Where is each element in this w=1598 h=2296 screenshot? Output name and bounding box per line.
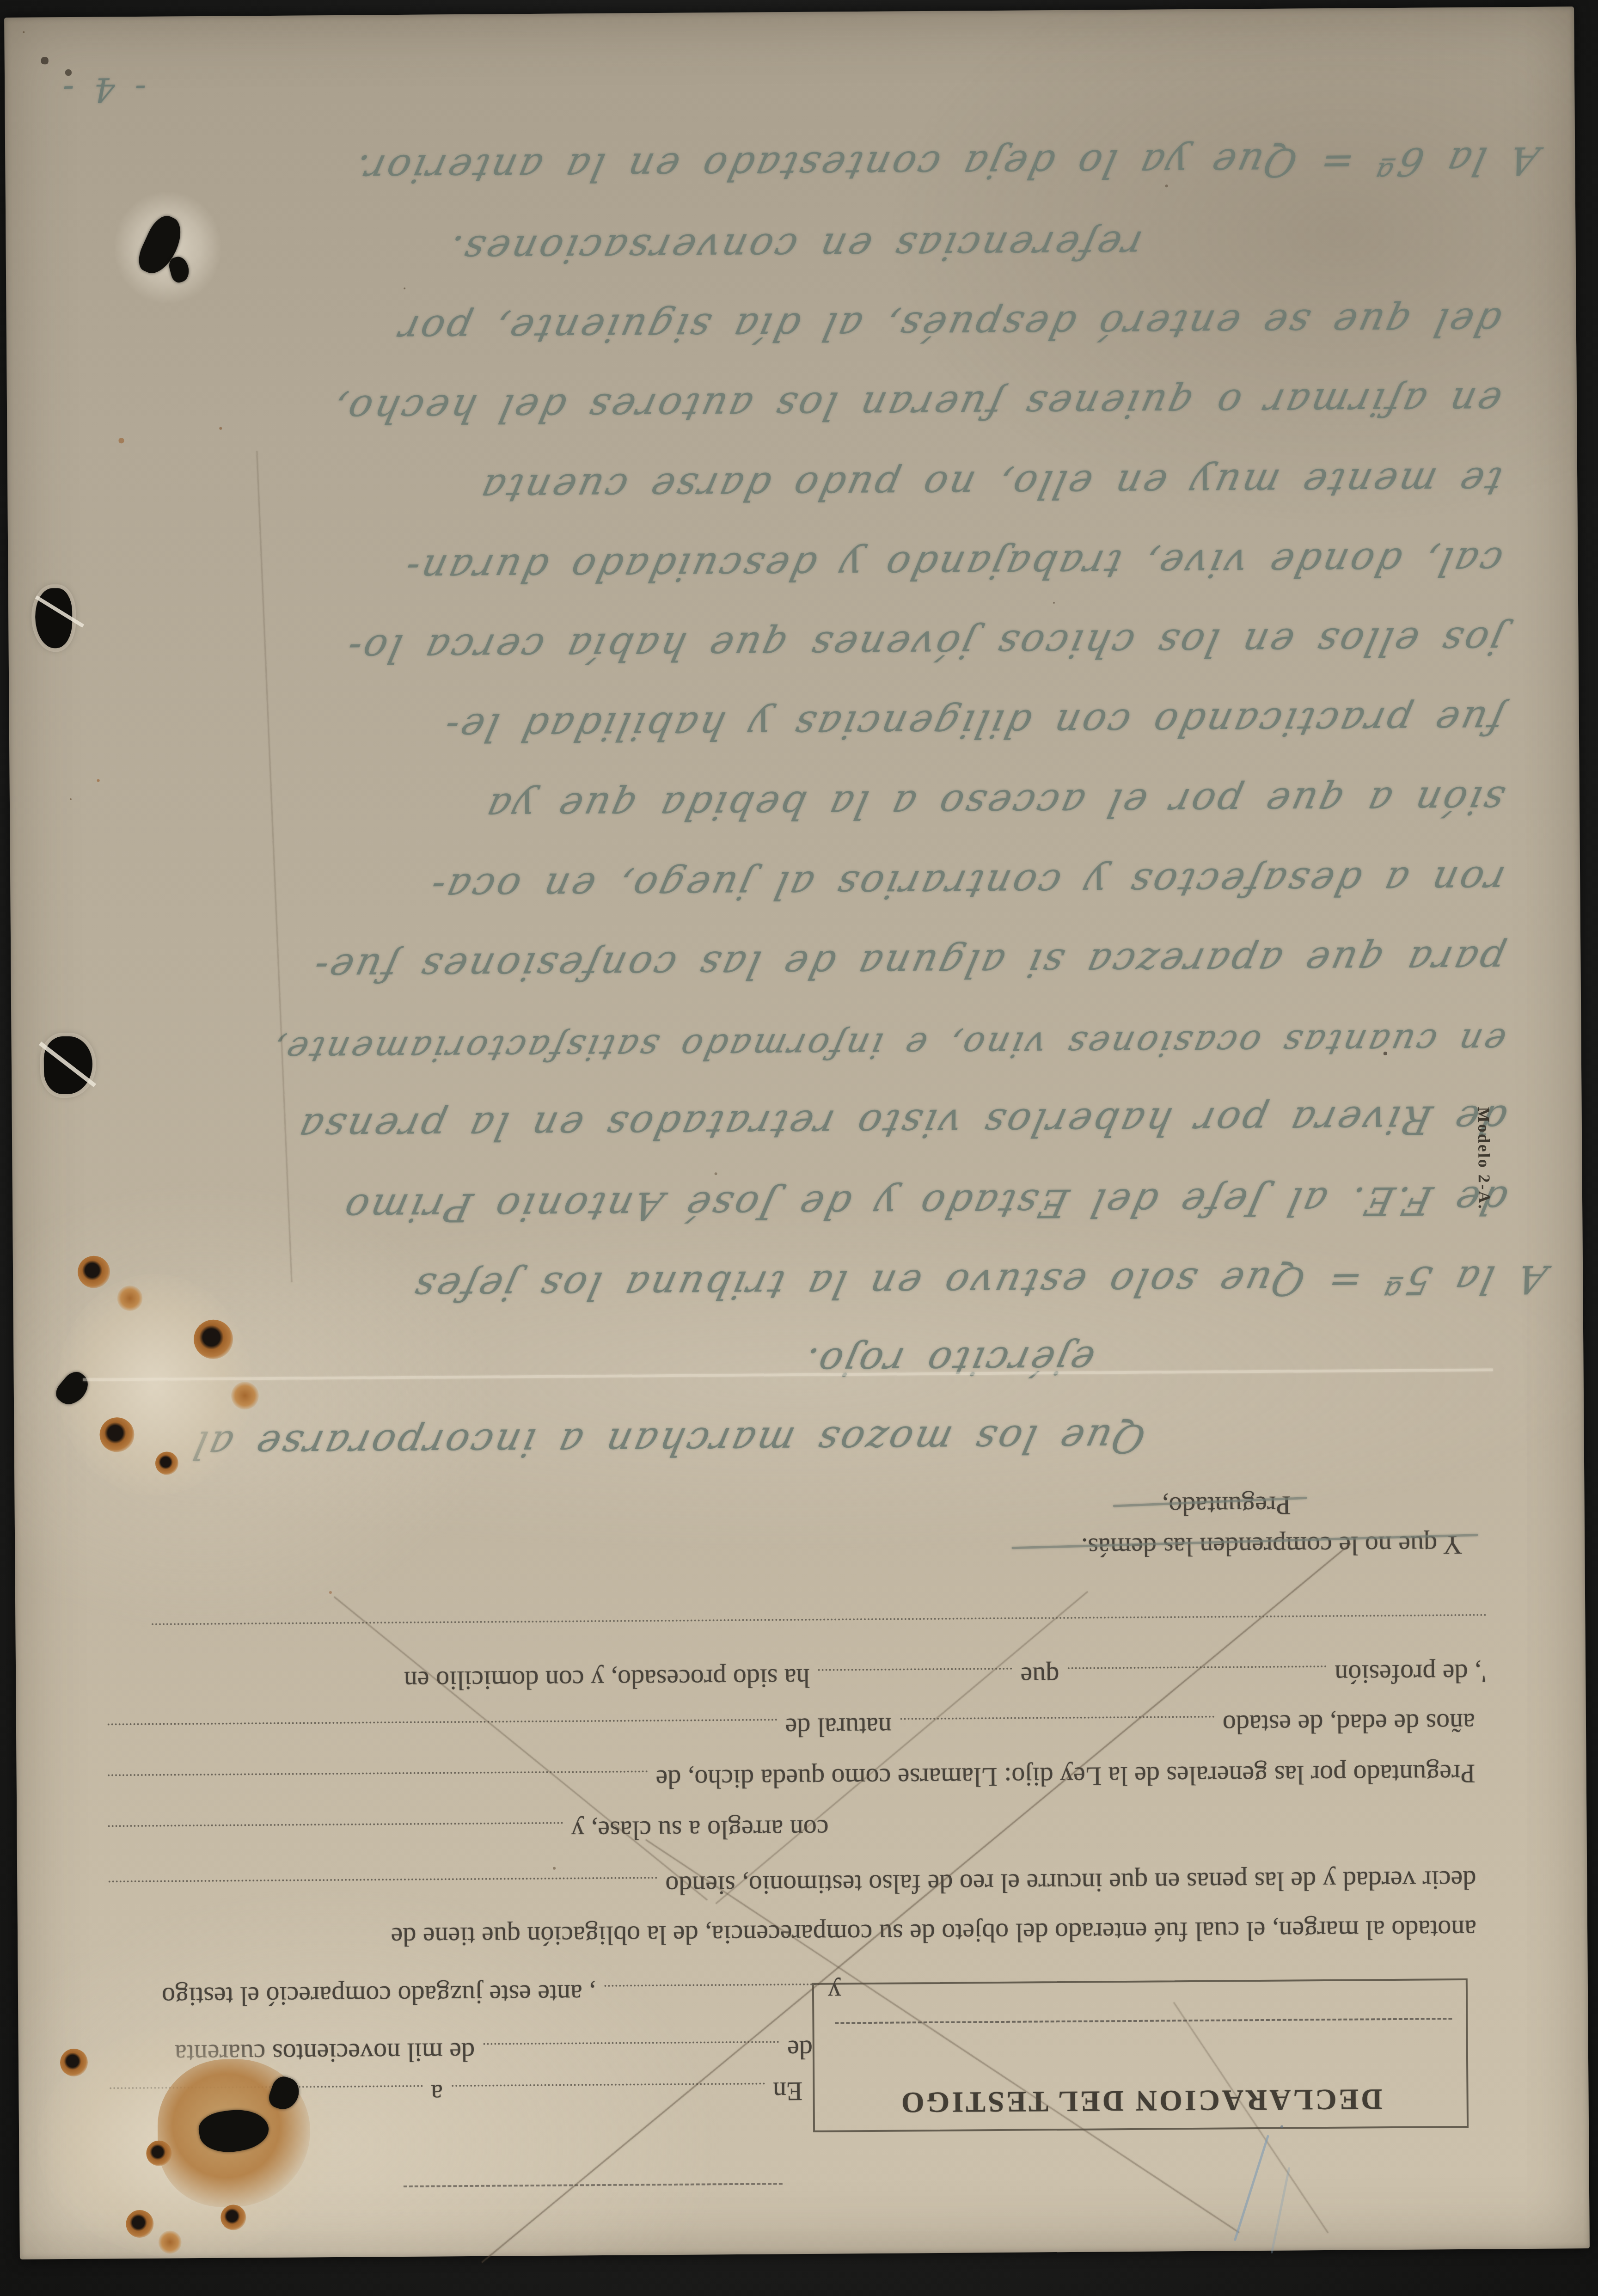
location-row: En a <box>109 2076 802 2112</box>
closing-line-1: Y que no le comprenden las demás. <box>1081 1530 1463 1563</box>
day-blank <box>109 2085 422 2112</box>
handwriting-line: ejército rojo. <box>797 1337 1098 1385</box>
handwriting-line: A la 5ª = Que solo estuvo en la tribuna … <box>407 1257 1551 1310</box>
dotted-blank <box>404 2183 783 2187</box>
document-page: DECLARACION DEL TESTIGO En a de de mil n… <box>4 6 1590 2259</box>
form-model-label: Modelo 2-A. <box>1474 1107 1494 1218</box>
a-label: a <box>431 2078 443 2109</box>
form-title: DECLARACION DEL TESTIGO <box>814 2082 1466 2120</box>
handwriting-line: A la 6ª = Que ya lo deja contestado en l… <box>348 138 1543 192</box>
y-blank <box>604 1983 820 2009</box>
en-label: En <box>773 2076 803 2107</box>
month-blank <box>483 2041 779 2068</box>
handwriting-line: referencias en conversaciones. <box>442 222 1146 273</box>
handwriting-line: Que los mozos marchan a incorporarse al <box>187 1416 1150 1468</box>
handwriting-line: sión a que por el acceso a la bebida que… <box>480 778 1508 830</box>
y-label: y <box>828 1977 841 2008</box>
upside-down-content: DECLARACION DEL TESTIGO En a de de mil n… <box>4 6 1590 2259</box>
comparecio-row: y , ante este juzgado compareció el test… <box>162 1977 841 2013</box>
body-line-3: con arreglo a su clase, y <box>571 1813 829 1846</box>
de-label: de <box>787 2034 813 2065</box>
nombre-blank <box>107 1770 648 1799</box>
body-line-6c: ha sido procesado, y con domicilio en <box>404 1663 810 1696</box>
natural-blank <box>107 1719 777 1748</box>
handwriting-line: en afirmar o quienes fueran los autores … <box>326 379 1506 432</box>
handwriting-line: del que se enteró después, al día siguie… <box>392 299 1505 352</box>
page-number: - 4 - <box>58 70 147 110</box>
handwriting-line: ron a desafectos y contrarios al juego, … <box>424 857 1509 910</box>
procesado-blank <box>818 1667 1012 1693</box>
handwriting-line: jos ellos en los chicos jóvenes que habí… <box>340 618 1507 672</box>
body-line-3-row: con arreglo a su clase, y <box>107 1813 828 1849</box>
handwriting-line: te mente muy en ello, no pudo darse cuen… <box>474 459 1506 511</box>
handwriting-line: de Rivera por haberlos visto retratados … <box>292 1096 1511 1150</box>
body-line-4-row: Preguntado por las generales de la Ley d… <box>107 1758 1476 1799</box>
body-line-2-row: decir verdad y de las penas en que incur… <box>108 1864 1476 1905</box>
body-line-6-row: ', de profesión que ha sido procesado, y… <box>106 1658 1486 1698</box>
estado-blank <box>900 1715 1214 1742</box>
witness-name-blank <box>835 2018 1452 2024</box>
body-line-5-row: años de edad, de estado natural de <box>107 1707 1475 1748</box>
profesion-blank <box>1067 1665 1326 1692</box>
scanned-document-photo: DECLARACION DEL TESTIGO En a de de mil n… <box>0 0 1598 2296</box>
witness-declaration-box: DECLARACION DEL TESTIGO <box>812 1978 1469 2132</box>
domicilio-blank-line <box>150 1614 1486 1625</box>
handwriting-line: cal, donde vive, trabajando y descuidado… <box>398 539 1506 592</box>
handwriting-line: fue practicando con diligencias y habili… <box>438 698 1508 750</box>
body-line-5b: natural de <box>785 1711 892 1743</box>
month-year-row: de de mil novecientos cuarenta <box>147 2034 813 2070</box>
body-line-5a: años de edad, de estado <box>1223 1707 1475 1740</box>
handwriting-line: en cuantas ocasiones vino, e informado s… <box>266 1021 1509 1071</box>
body-line-6a: ', de profesión <box>1335 1658 1486 1690</box>
comparecio-text: , ante este juzgado compareció el testig… <box>162 1978 596 2013</box>
body-line-1: anotado al margen, el cual fué enterado … <box>391 1914 1476 1953</box>
year-text: de mil novecientos cuarenta <box>175 2037 475 2070</box>
handwriting-line: para que aparezca si alguna de las confe… <box>307 937 1509 991</box>
clase-blank <box>107 1822 563 1849</box>
handwriting-line: de F.E. al Jefe del Estado y de José Ant… <box>337 1177 1511 1231</box>
siendo-blank <box>108 1877 657 1905</box>
body-line-2: decir verdad y de las penas en que incur… <box>665 1864 1476 1901</box>
closing-line-2: Preguntado, <box>1162 1490 1291 1522</box>
location-blank <box>451 2082 765 2109</box>
body-line-4: Preguntado por las generales de la Ley d… <box>655 1758 1476 1794</box>
body-line-6b: que <box>1020 1661 1059 1692</box>
